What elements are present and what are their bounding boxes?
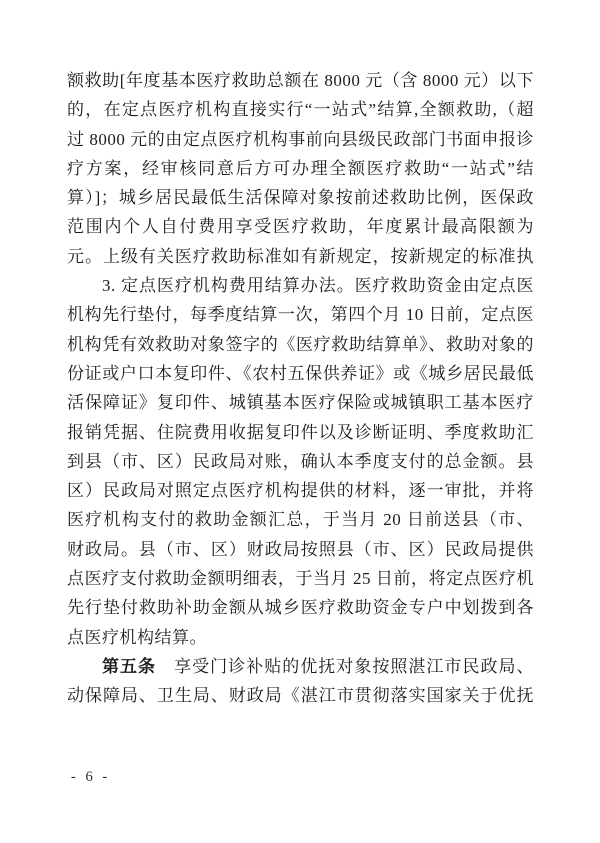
text-line: 元。上级有关医疗救助标准如有新规定，按新规定的标准执行。 xyxy=(67,242,534,271)
text-line: 活保障证》复印件、城镇基本医疗保险或城镇职工基本医疗保险 xyxy=(67,388,534,417)
text-line: 份证或户口本复印件、《农村五保供养证》或《城乡居民最低生 xyxy=(67,359,534,388)
text-line: 点医疗支付救助金额明细表，于当月 25 日前，将定点医疗机构 xyxy=(67,564,534,593)
text-line: 疗方案，经审核同意后方可办理全额医疗救助“一站式”结 xyxy=(67,154,534,183)
text-line: 过 8000 元的由定点医疗机构事前向县级民政部门书面申报诊 xyxy=(67,125,534,154)
text-line: 先行垫付救助补助金额从城乡医疗救助资金专户中划拨到各定 xyxy=(67,593,534,622)
text-line: 报销凭据、住院费用收据复印件以及诊断证明、季度救助汇总表， xyxy=(67,418,534,447)
text-line: 额救助[年度基本医疗救助总额在 8000 元（含 8000 元）以下 xyxy=(67,66,534,95)
text-line: 机构先行垫付，每季度结算一次，第四个月 10 日前，定点医疗 xyxy=(67,300,534,329)
text-line: 动保障局、卫生局、财政局《湛江市贯彻落实国家关于优抚对象 xyxy=(67,681,534,710)
text-line-paragraph-end: 点医疗机构结算。 xyxy=(67,623,534,652)
text-line: 范围内个人自付费用享受医疗救助，年度累计最高限额为 5000 xyxy=(67,212,534,241)
page-number: - 6 - xyxy=(71,769,110,786)
text-line: 机构凭有效救助对象签字的《医疗救助结算单》、救助对象的身 xyxy=(67,330,534,359)
article-number-label: 第五条 xyxy=(102,657,156,676)
document-page: 额救助[年度基本医疗救助总额在 8000 元（含 8000 元）以下 的，在定点… xyxy=(0,0,600,843)
text-line: 到县（市、区）民政局对账，确认本季度支付的总金额。县（市、 xyxy=(67,447,534,476)
document-text-block: 额救助[年度基本医疗救助总额在 8000 元（含 8000 元）以下 的，在定点… xyxy=(67,66,534,711)
article-line-text: 享受门诊补贴的优抚对象按照湛江市民政局、原劳 xyxy=(102,657,534,681)
text-line: 算）]；城乡居民最低生活保障对象按前述救助比例，医保政策 xyxy=(67,183,534,212)
text-line: 的，在定点医疗机构直接实行“一站式”结算,全额救助,（超 xyxy=(67,95,534,124)
text-line: 区）民政局对照定点医疗机构提供的材料，逐一审批，并将定点 xyxy=(67,476,534,505)
text-line: 医疗机构支付的救助金额汇总，于当月 20 日前送县（市、区） xyxy=(67,505,534,534)
text-line: 财政局。县（市、区）财政局按照县（市、区）民政局提供的定 xyxy=(67,535,534,564)
text-line-paragraph-start: 3. 定点医疗机构费用结算办法。医疗救助资金由定点医疗 xyxy=(67,271,534,300)
text-line-article-start: 第五条 享受门诊补贴的优抚对象按照湛江市民政局、原劳 xyxy=(67,652,534,681)
